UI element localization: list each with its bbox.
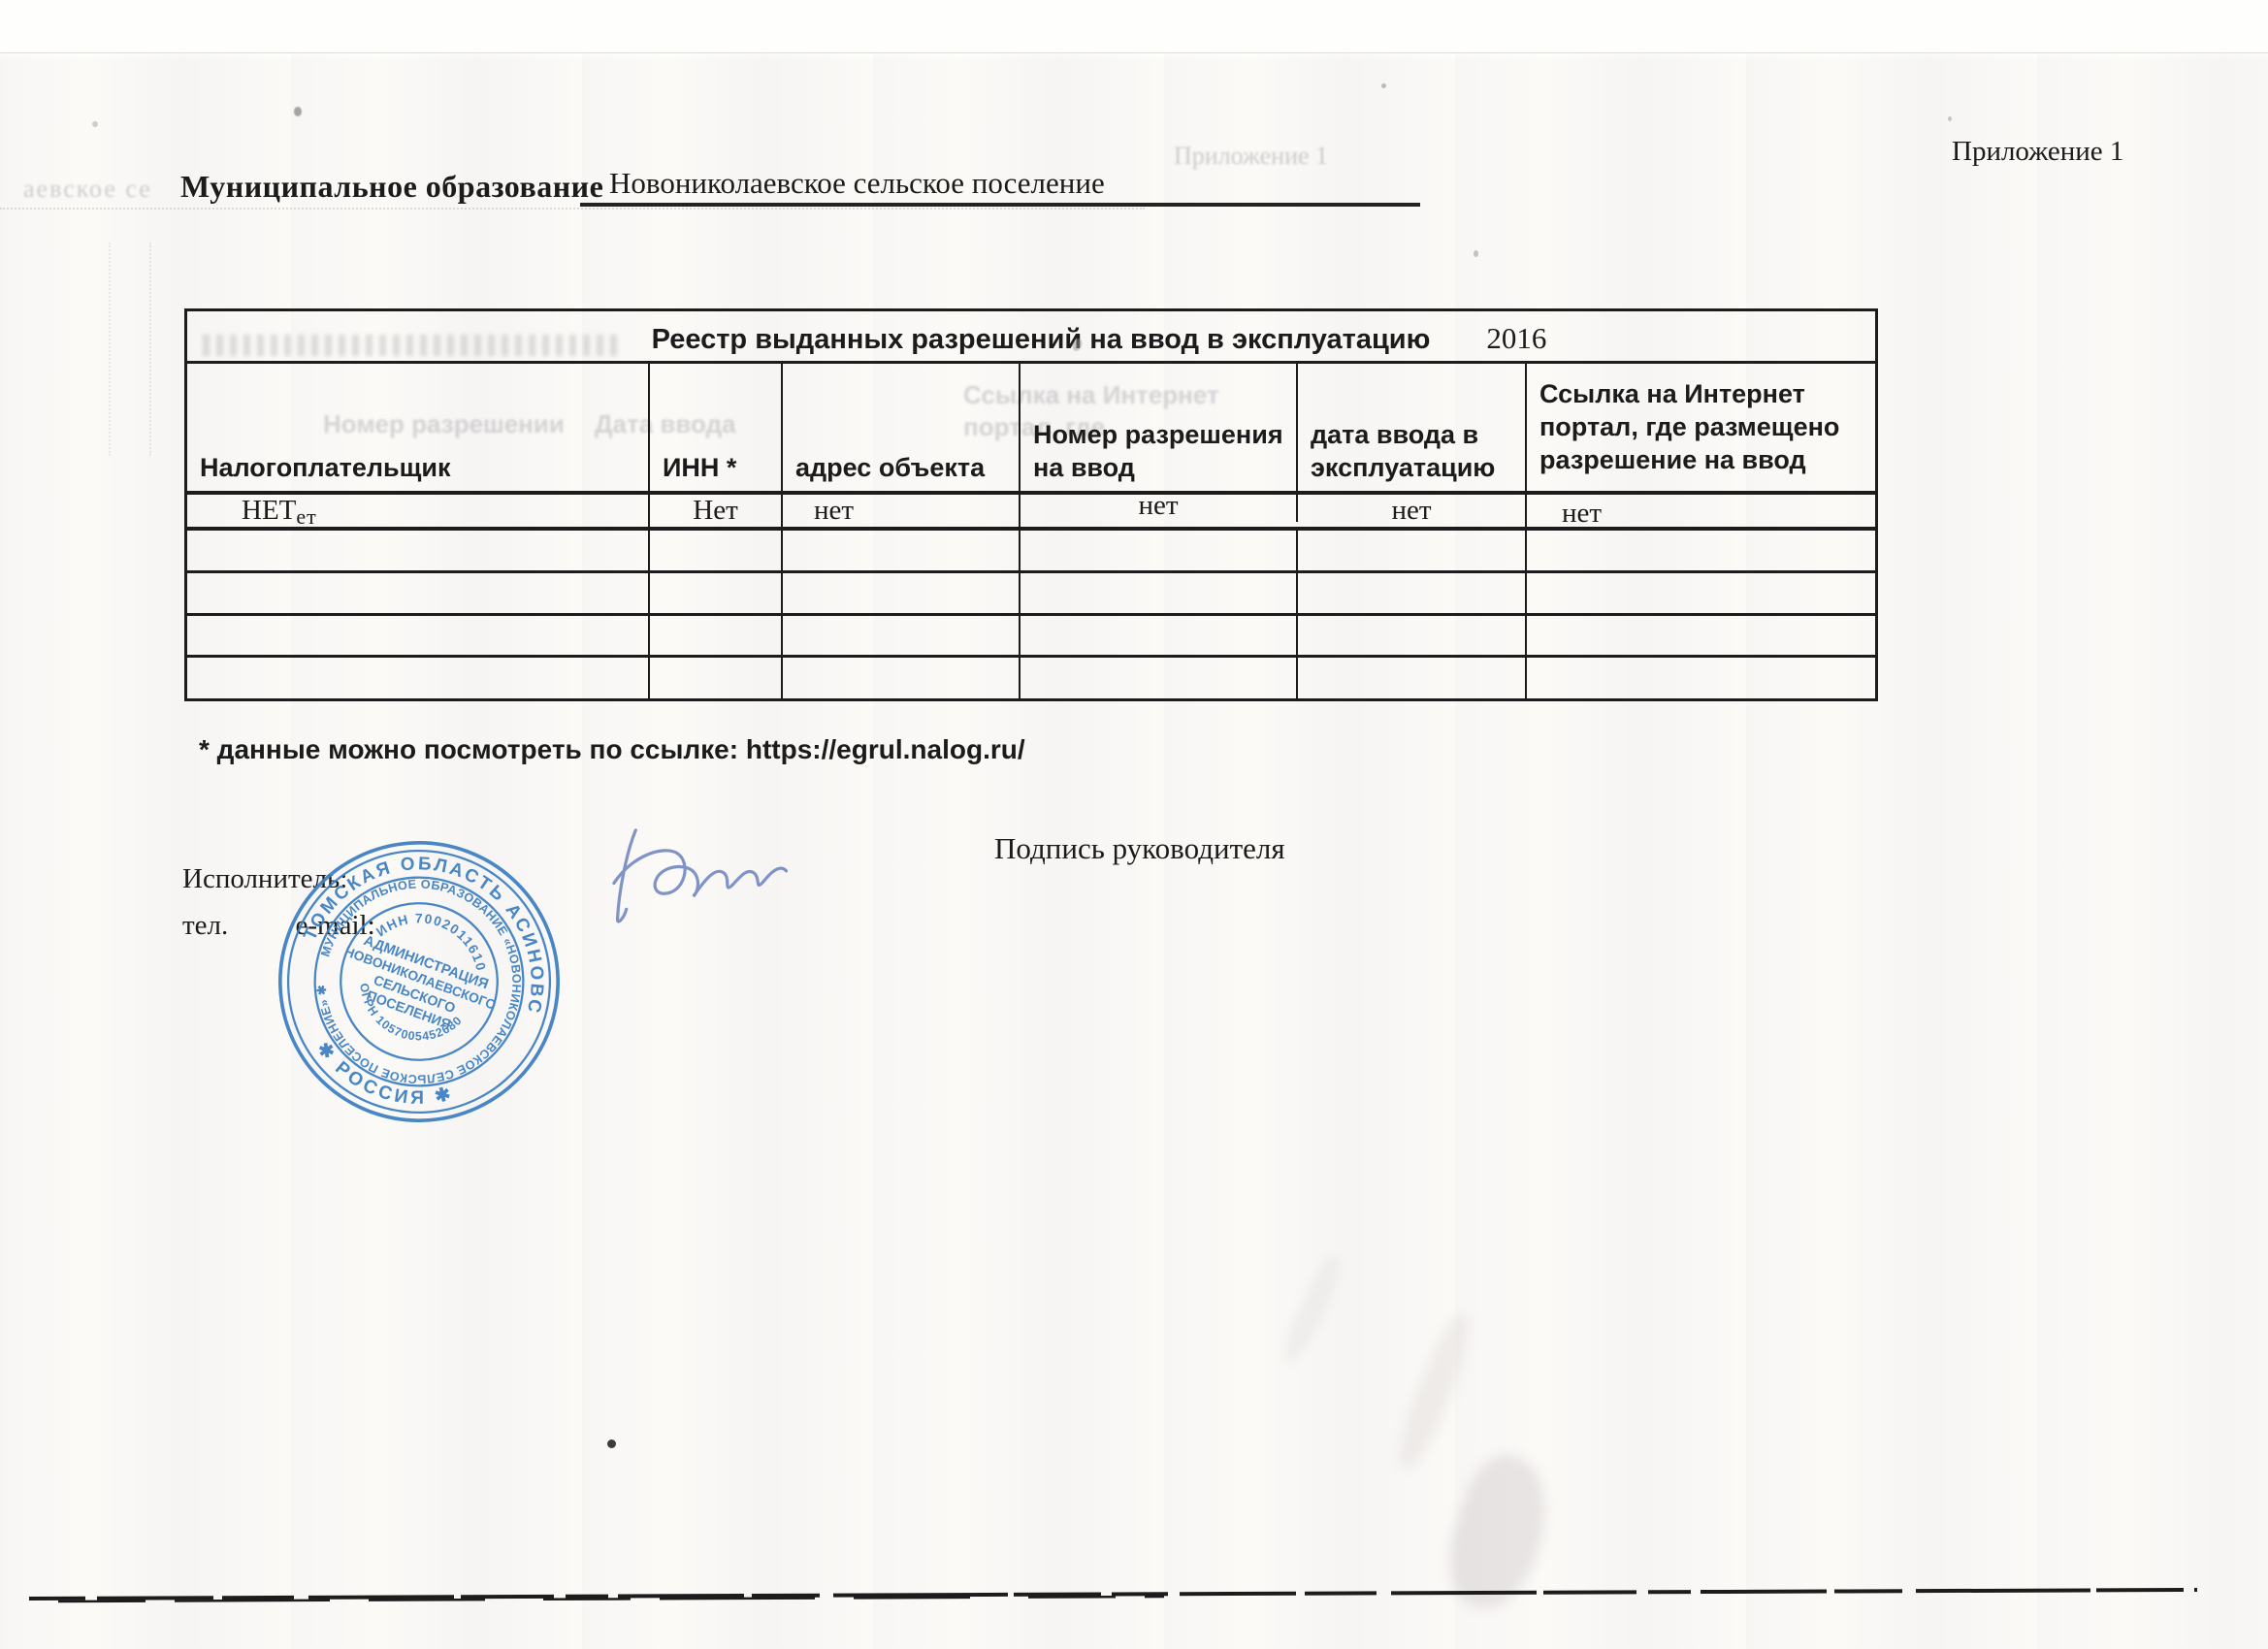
scan-smudge bbox=[1388, 1309, 1480, 1474]
scan-artifact-dotline bbox=[0, 208, 1145, 210]
cell-permit-number: нет bbox=[1021, 490, 1298, 522]
dust-speck bbox=[294, 107, 302, 116]
col-header-commission-date: дата ввода в эксплуатацию bbox=[1298, 364, 1527, 491]
dust-speck bbox=[1474, 250, 1478, 257]
municipality-stamp: ТОМСКАЯ ОБЛАСТЬ АСИНОВСКИЙ РАЙОН ✱ РОССИ… bbox=[268, 830, 570, 1133]
col-header-inn: ИНН * bbox=[650, 364, 783, 491]
bottom-dashed-rule bbox=[0, 1581, 2268, 1620]
dust-speck bbox=[1381, 83, 1386, 88]
dust-speck bbox=[1948, 116, 1952, 121]
cell-address: нет bbox=[783, 495, 1021, 527]
cell-commission-date: нет bbox=[1298, 495, 1527, 527]
footnote-egrul-link: * данные можно посмотреть по ссылке: htt… bbox=[199, 734, 1025, 765]
cell-portal-link: нет bbox=[1527, 498, 1875, 530]
table-empty-row bbox=[187, 616, 1875, 658]
table-title: Реестр выданных разрешений на ввод в экс… bbox=[652, 324, 1431, 356]
title-ghost-bleed bbox=[203, 335, 620, 356]
dust-speck bbox=[607, 1439, 616, 1448]
head-signature-label: Подпись руководителя bbox=[994, 831, 1285, 866]
scanned-document-page: Приложение 1 Приложение 1 аевское се Мун… bbox=[0, 0, 2268, 1649]
table-year: 2016 bbox=[1486, 321, 1546, 356]
dust-speck bbox=[92, 121, 98, 127]
col-header-permit-number: Номер разрешения на ввод bbox=[1021, 364, 1298, 491]
bleed-through-line bbox=[109, 242, 111, 456]
scan-smudge bbox=[1276, 1251, 1349, 1367]
cell-taxpayer: НЕТет bbox=[187, 495, 650, 527]
appendix-ghost-bleed: Приложение 1 bbox=[1174, 142, 1328, 171]
permits-registry-table: Номер разрешении Дата ввода Ссылка на Ин… bbox=[184, 308, 1878, 701]
bleed-through-line bbox=[149, 242, 151, 456]
phone-label: тел. bbox=[182, 910, 228, 941]
municipality-value: Новониколаевское сельское поселение bbox=[609, 166, 1105, 201]
left-edge-ghost-bleed: аевское се bbox=[23, 175, 152, 204]
table-empty-row bbox=[187, 573, 1875, 616]
cell-inn: Нет bbox=[650, 495, 783, 527]
handwritten-signature bbox=[590, 815, 832, 926]
table-header-row: Налогоплательщик ИНН * адрес объекта Ном… bbox=[187, 364, 1875, 495]
col-header-portal-link: Ссылка на Интернет портал, где размещено… bbox=[1527, 364, 1875, 491]
col-header-address: адрес объекта bbox=[783, 364, 1021, 491]
table-data-row: НЕТет Нет нет нет нет нет bbox=[187, 495, 1875, 531]
col-header-taxpayer: Налогоплательщик bbox=[187, 364, 650, 491]
appendix-label: Приложение 1 bbox=[1952, 136, 2123, 168]
table-empty-row bbox=[187, 531, 1875, 573]
municipality-label: Муниципальное образование bbox=[180, 169, 603, 205]
scanner-edge-strip bbox=[0, 0, 2268, 53]
municipality-underline bbox=[580, 203, 1420, 207]
table-empty-row bbox=[187, 658, 1875, 698]
